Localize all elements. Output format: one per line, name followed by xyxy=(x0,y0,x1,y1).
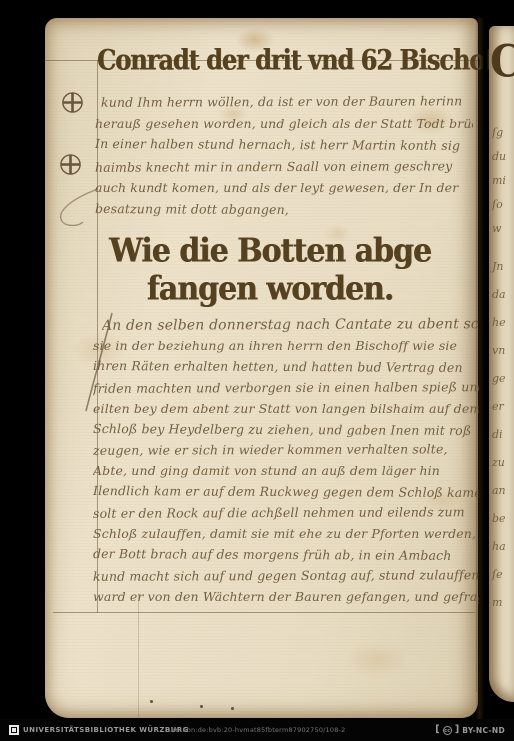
facing-page-heading-initial: C xyxy=(490,36,514,88)
section-heading-line2: fangen worden. xyxy=(100,270,440,309)
facing-page-text-fragment: di xyxy=(492,428,503,441)
facing-page-text-fragment: ge xyxy=(492,372,506,385)
library-name: UNIVERSITÄTSBIBLIOTHEK WÜRZBURG xyxy=(23,726,189,734)
facing-page-text-fragment: ha xyxy=(492,540,506,553)
facing-page-text-fragment: Jn xyxy=(492,260,504,273)
manuscript-line: In einer halben stund hernach, ist herr … xyxy=(95,133,473,156)
manuscript-line: solt er den Rock auf die achßell nehmen … xyxy=(93,502,479,525)
manuscript-line: herauß gesehen worden, und gleich als de… xyxy=(95,113,473,135)
facing-page-text-fragment: be xyxy=(492,512,506,525)
manuscript-line: auch kundt komen, und als der leyt gewes… xyxy=(95,177,473,199)
manuscript-paragraph-1: kund Ihm herrn wöllen, da ist er von der… xyxy=(95,91,473,220)
facing-page-text-fragment: da xyxy=(492,288,506,301)
facing-page-edge: C ſg du mi ſo w Jn da he vn ge er di zu … xyxy=(489,26,514,702)
bracket-left: [ xyxy=(435,725,440,735)
section-heading-line1: Wie die Botten abge xyxy=(100,232,440,271)
manuscript-line: Schloß zulauffen, damit sie mit ehe zu d… xyxy=(93,524,479,545)
manuscript-line: zeugen, wie er sich in wieder kommen ver… xyxy=(93,440,479,463)
facing-page-text-fragment: er xyxy=(492,400,504,413)
manuscript-line: Ilendlich kam er auf dem Ruckweg gegen d… xyxy=(93,481,479,504)
ink-speck xyxy=(150,700,153,703)
license-text: BY-NC-ND xyxy=(462,726,505,735)
facing-page-text-fragment: he xyxy=(492,316,506,329)
ink-speck xyxy=(231,707,234,710)
facing-page-text-fragment: ſo xyxy=(492,198,503,211)
manuscript-line: An den selben donnerstag nach Cantate zu… xyxy=(102,314,479,337)
facing-page-text-fragment: w xyxy=(492,222,501,235)
ink-speck xyxy=(200,705,203,708)
manuscript-line: eilten bey dem abent zur Statt von lange… xyxy=(93,399,479,420)
manuscript-line: Schloß bey Heydelberg zu ziehen, und gab… xyxy=(93,419,479,442)
manuscript-line: haimbs knecht mir in andern Saall von ei… xyxy=(95,155,473,178)
facing-page-text-fragment: du xyxy=(492,150,506,163)
manuscript-line: kund Ihm herrn wöllen, da ist er von der… xyxy=(101,90,473,113)
ruled-frame-extra-vertical-line xyxy=(138,593,139,721)
book-gutter-shadow xyxy=(475,18,490,721)
chapter-heading: Conradt der drit vnd 62 Bischof. xyxy=(97,43,500,76)
university-library-logo-icon xyxy=(9,725,19,735)
manuscript-line: ihren Räten erhalten hetten, und hatten … xyxy=(93,356,479,379)
facing-page-text-fragment: vn xyxy=(492,344,505,357)
manuscript-paragraph-2: An den selben donnerstag nach Cantate zu… xyxy=(93,315,479,608)
facing-page-text-fragment: m xyxy=(492,596,502,609)
facing-page-text-fragment: mi xyxy=(492,174,506,187)
manuscript-line: der Bott brach auf des morgens früh ab, … xyxy=(93,544,479,567)
manuscript-line: besatzung mit dott abgangen, xyxy=(95,198,473,221)
manuscript-line: friden machten und verborgen sie in eine… xyxy=(93,377,479,400)
facing-page-text-fragment: an xyxy=(492,484,506,497)
circled-cross-icon xyxy=(59,153,82,176)
library-branding: UNIVERSITÄTSBIBLIOTHEK WÜRZBURG xyxy=(9,725,189,735)
urn-identifier: urn:nbn:de:bvb:20-hvmat85fbterm87902750/… xyxy=(169,726,346,734)
creative-commons-icon: cc xyxy=(443,726,452,735)
manuscript-line: ward er von den Wächtern der Bauren gefa… xyxy=(93,587,479,608)
ruled-frame-bottom-line xyxy=(53,612,475,613)
manuscript-line: kund macht sich auf und gegen Sontag auf… xyxy=(93,565,479,588)
license-badge: [ cc ] BY-NC-ND xyxy=(435,725,505,735)
digitized-manuscript-viewer: { "page": { "heading_top": "Conradt der … xyxy=(0,0,514,741)
manuscript-page: Conradt der drit vnd 62 Bischof. kund Ih… xyxy=(45,18,478,718)
circled-cross-icon xyxy=(61,91,84,114)
facing-page-text-fragment: ſe xyxy=(492,568,503,581)
footer-bar: UNIVERSITÄTSBIBLIOTHEK WÜRZBURG urn:nbn:… xyxy=(0,719,514,741)
bracket-right: ] xyxy=(455,725,460,735)
facing-page-text-fragment: ſg xyxy=(492,126,503,139)
manuscript-line: Abte, und ging damit von stund an auß de… xyxy=(93,461,479,482)
facing-page-text-fragment: zu xyxy=(492,456,505,469)
manuscript-line: sie in der beziehung an ihren herrn den … xyxy=(93,336,479,357)
